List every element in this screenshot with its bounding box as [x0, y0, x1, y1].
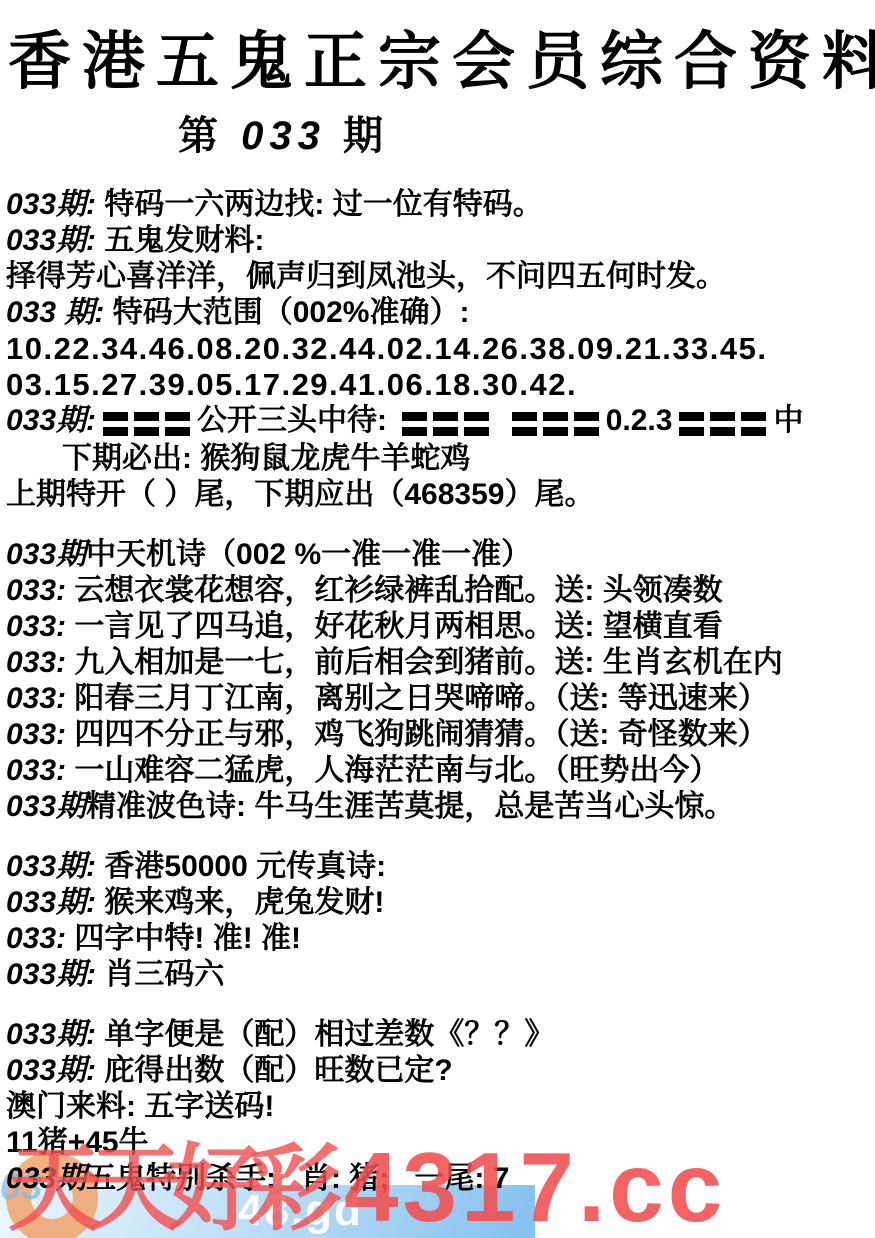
- line-text: 澳门来料: 五字送码!: [6, 1090, 274, 1123]
- line-issue-number: 033:: [6, 610, 66, 643]
- bar-pair-icon: [134, 412, 159, 436]
- line-text: 上期特开（ ）尾，下期应出（468359）尾。: [6, 478, 594, 511]
- line-text: 一言见了四马追，好花秋月两相思。送: 望横直看: [66, 610, 723, 643]
- line-text: 阳春三月丁江南，离别之日哭啼啼。（送: 等迅速来）: [66, 682, 768, 715]
- line-text: 公开三头中待:: [197, 404, 395, 437]
- issue-suffix: 期: [326, 114, 389, 158]
- line-text: 0.2.3: [606, 404, 673, 437]
- bar-pair-icon: [679, 412, 704, 436]
- text-line: 033: 一言见了四马追，好花秋月两相思。送: 望横直看: [6, 609, 875, 645]
- bar-pair-icon: [433, 412, 458, 436]
- bar-pair-icon: [464, 412, 489, 436]
- line-issue-number: 033期:: [6, 404, 96, 437]
- bar-pair-icon: [710, 412, 735, 436]
- line-text: 择得芳心喜洋洋，佩声归到凤池头，不问四五何时发。: [6, 260, 726, 293]
- text-line: 033期: 单字便是（配）相过差数《？？》: [6, 1017, 875, 1053]
- line-text: 庇得出数（配）旺数已定?: [96, 1054, 453, 1087]
- line-text: 云想衣裳花想容，红衫绿裤乱拾配。送: 头领凑数: [66, 574, 723, 607]
- text-line: 033期: 肖三码六: [6, 957, 875, 993]
- bar-pair-icon: [543, 412, 568, 436]
- text-line: 033: 九入相加是一七，前后相会到猪前。送: 生肖玄机在内: [6, 645, 875, 681]
- text-line: 033期中天机诗（002 %一准一准一准）: [6, 537, 875, 573]
- text-line: 033: 一山难容二猛虎，人海茫茫南与北。（旺势出今）: [6, 753, 875, 789]
- bar-pair-icon: [103, 412, 128, 436]
- text-line: 10.22.34.46.08.20.32.44.02.14.26.38.09.2…: [6, 331, 875, 367]
- bar-pair-icon: [574, 412, 599, 436]
- bar-pair-icon: [741, 412, 766, 436]
- redaction-bars-icon: [509, 405, 602, 441]
- text-line: 033期: 猴来鸡来，虎兔发财!: [6, 885, 875, 921]
- line-text: 一山难容二猛虎，人海茫茫南与北。（旺势出今）: [66, 754, 719, 787]
- bar-pair-icon: [512, 412, 537, 436]
- text-line: 033期精准波色诗: 牛马生涯苦莫提，总是苦当心头惊。: [6, 789, 875, 825]
- line-text: 九入相加是一七，前后相会到猪前。送: 生肖玄机在内: [66, 646, 783, 679]
- line-text: 下期必出: 猴狗鼠龙虎牛羊蛇鸡: [62, 442, 470, 475]
- text-line: 033 期: 特码大范围（002%准确）:: [6, 295, 875, 331]
- text-line: 下期必出: 猴狗鼠龙虎牛羊蛇鸡: [62, 441, 875, 477]
- line-issue-number: 033:: [6, 682, 66, 715]
- watermark-brand: 天天好彩: [8, 1136, 328, 1238]
- watermark-site-url: 4317.cc: [344, 1132, 726, 1238]
- line-issue-number: 033 期:: [6, 296, 104, 329]
- line-issue-number: 033期:: [6, 224, 96, 257]
- text-line: 03.15.27.39.05.17.29.41.06.18.30.42.: [6, 367, 875, 403]
- text-line: 033: 阳春三月丁江南，离别之日哭啼啼。（送: 等迅速来）: [6, 681, 875, 717]
- line-issue-number: 033:: [6, 718, 66, 751]
- page-title: 香港五鬼正宗会员综合资料: [8, 26, 873, 98]
- text-line: 033: 四四不分正与邪，鸡飞狗跳闹猜猜。（送: 奇怪数来）: [6, 717, 875, 753]
- text-line: 033期: 庇得出数（配）旺数已定?: [6, 1053, 875, 1089]
- text-line: 033: 四字中特! 准! 准!: [6, 921, 875, 957]
- text-line: 033期:公开三头中待: 0.2.3中: [6, 403, 875, 440]
- line-text: 精准波色诗: 牛马生涯苦莫提，总是苦当心头惊。: [86, 790, 734, 823]
- redaction-bars-icon: [399, 405, 492, 441]
- line-text: 五鬼发财料:: [96, 224, 264, 257]
- line-issue-number: 033期:: [6, 188, 96, 221]
- line-issue-number: 033期:: [6, 1018, 96, 1051]
- text-line: 上期特开（ ）尾，下期应出（468359）尾。: [6, 477, 875, 513]
- text-line: 033期: 五鬼发财料:: [6, 223, 875, 259]
- line-text: 单字便是（配）相过差数《？？》: [96, 1018, 554, 1051]
- bar-pair-icon: [402, 412, 427, 436]
- redaction-bars-icon: [676, 405, 769, 441]
- line-issue-number: 033期:: [6, 1054, 96, 1087]
- line-issue-number: 033期: [6, 790, 86, 823]
- line-text: [496, 404, 504, 437]
- line-text: 中天机诗（002 %一准一准一准）: [86, 538, 531, 571]
- watermark: 天天好彩4317.cc: [8, 1138, 726, 1236]
- redaction-bars-icon: [100, 405, 193, 441]
- line-issue-number: 033期:: [6, 958, 96, 991]
- text-line: 033期: 香港50000 元传真诗:: [6, 849, 875, 885]
- line-text: 香港50000 元传真诗:: [96, 850, 386, 883]
- issue-number: 033: [241, 114, 326, 158]
- line-issue-number: 033期:: [6, 886, 96, 919]
- line-issue-number: 033期:: [6, 850, 96, 883]
- line-text: 特码一六两边找: 过一位有特码。: [96, 188, 543, 221]
- line-text: 特码大范围（002%准确）:: [104, 296, 469, 329]
- text-line: 澳门来料: 五字送码!: [6, 1089, 875, 1125]
- line-text: 10.22.34.46.08.20.32.44.02.14.26.38.09.2…: [6, 331, 768, 366]
- document-content: 香港五鬼正宗会员综合资料 第 033 期 033期: 特码一六两边找: 过一位有…: [0, 26, 875, 1197]
- scanned-lottery-sheet: 香港五鬼正宗会员综合资料 第 033 期 033期: 特码一六两边找: 过一位有…: [0, 0, 875, 1238]
- bar-pair-icon: [165, 412, 190, 436]
- text-line: 033期: 特码一六两边找: 过一位有特码。: [6, 187, 875, 223]
- line-issue-number: 033:: [6, 574, 66, 607]
- line-text: 四四不分正与邪，鸡飞狗跳闹猜猜。（送: 奇怪数来）: [66, 718, 768, 751]
- body-lines: 033期: 特码一六两边找: 过一位有特码。033期: 五鬼发财料:择得芳心喜洋…: [0, 187, 875, 1196]
- issue-line: 第 033 期: [178, 104, 875, 161]
- line-issue-number: 033:: [6, 922, 66, 955]
- line-text: 猴来鸡来，虎兔发财!: [96, 886, 384, 919]
- text-line: 033: 云想衣裳花想容，红衫绿裤乱拾配。送: 头领凑数: [6, 573, 875, 609]
- line-text: 肖三码六: [96, 958, 224, 991]
- text-line: 择得芳心喜洋洋，佩声归到凤池头，不问四五何时发。: [6, 259, 875, 295]
- line-text: 中: [773, 404, 803, 437]
- line-text: 四字中特! 准! 准!: [66, 922, 301, 955]
- line-issue-number: 033:: [6, 754, 66, 787]
- line-issue-number: 033:: [6, 646, 66, 679]
- line-text: 03.15.27.39.05.17.29.41.06.18.30.42.: [6, 367, 577, 402]
- issue-prefix: 第: [178, 114, 241, 158]
- line-issue-number: 033期: [6, 538, 86, 571]
